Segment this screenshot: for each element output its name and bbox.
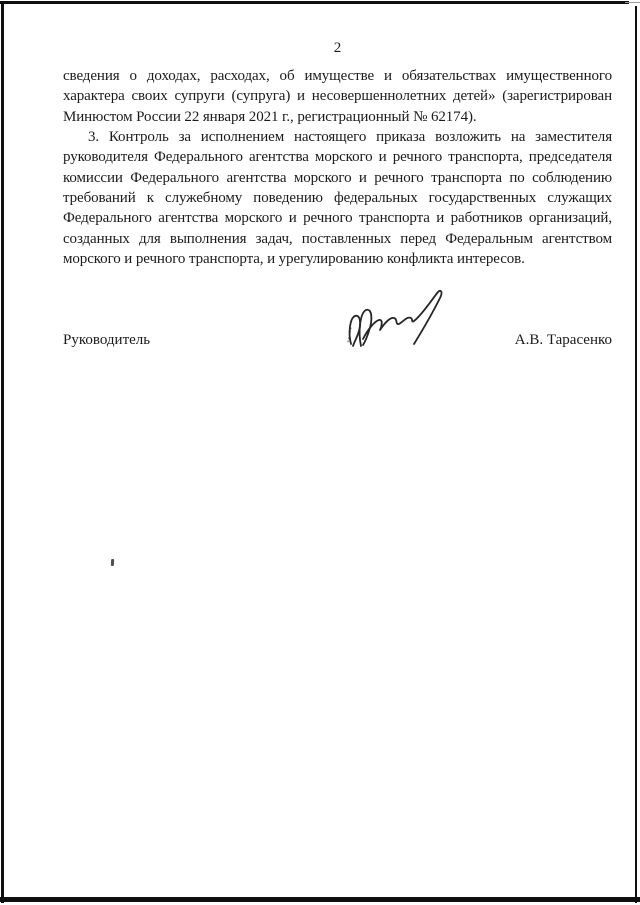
ink-speck [110,558,113,565]
signatory-name: А.В. Тарасенко [515,331,612,349]
document-page: 2 сведения о доходах, расходах, об имуще… [0,0,640,905]
document-line: руководителя Федерального агентства морс… [63,147,612,167]
document-line: созданных для выполнения задач, поставле… [63,229,612,249]
document-line: требований к служебному поведению федера… [63,188,612,208]
document-line: 3. Контроль за исполнением настоящего пр… [63,127,612,147]
scan-border-left [1,1,4,903]
page-number: 2 [63,40,612,56]
document-line: сведения о доходах, расходах, об имущест… [63,66,612,86]
signatory-title: Руководитель [63,331,150,349]
document-line: Федерального агентства морского и речног… [63,208,612,228]
document-line: морского и речного транспорта, и урегули… [63,249,612,269]
paragraph-item-3: 3. Контроль за исполнением настоящего пр… [63,127,612,269]
scan-border-top [0,1,629,4]
document-line: Минюстом России 22 января 2021 г., регис… [63,107,612,127]
scan-border-top-faint [625,2,640,3]
signature-icon [345,287,445,353]
scan-border-right [635,6,637,903]
document-line: характера своих супруги (супруга) и несо… [63,86,612,106]
paragraph-continuation: сведения о доходах, расходах, об имущест… [63,66,612,127]
scan-border-bottom [0,897,640,902]
document-line: комиссии Федерального агентства морского… [63,168,612,188]
document-body: сведения о доходах, расходах, об имущест… [63,66,612,269]
